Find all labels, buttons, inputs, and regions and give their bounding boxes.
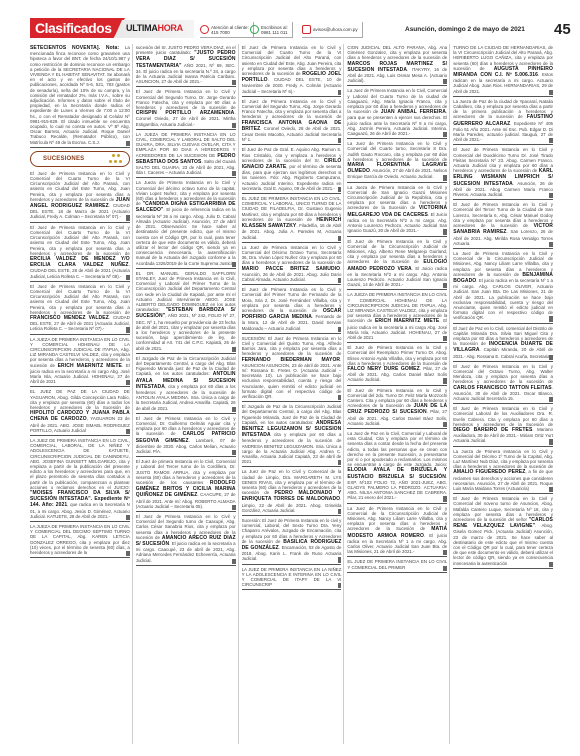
legal-notice: CION JUDICIAL DEL ALTO PARANA, Abg. Ana …: [347, 44, 447, 86]
legal-notice: La Juez de Paz en lo Civil y Comercial d…: [242, 468, 342, 516]
legal-notice: EL JUEZ DE PAZ DE LA CIUDAD DE YAGUARON,…: [30, 388, 130, 436]
publication-logo: ULTIMAHORA: [126, 23, 183, 33]
notice-text: La Jueza de Primera Instancia en lo Civi…: [453, 449, 553, 470]
notice-text: La mencionada finca reconoce como gravam…: [30, 45, 130, 145]
section-brand: Clasificados: [30, 18, 125, 38]
ad-code-tag: [549, 138, 553, 143]
column-5: TURNO DE LA CIUDAD DE HERNANDARIAS, de l…: [453, 44, 555, 744]
legal-notice: LA JUEZ DE PRIMERA INSTANCIA EN LO CIVIL…: [30, 437, 130, 522]
deceased-name: CARLOS FRANCISCO TATTON FLEITAS: [453, 385, 552, 391]
notice-text: La Juez de Paz en lo Civil, Comercial y …: [347, 431, 447, 467]
legal-notice: El Juez de Primera Instancia en lo Civil…: [136, 513, 236, 566]
legal-notice: El Juez de Primera Instancia en lo Civil…: [453, 146, 553, 200]
legal-notice: LA JUEZA DE PRIMERA INSTANCIA EN LO CIVI…: [347, 291, 447, 343]
legal-notice: La Juez de Primera Instancia en lo Civil…: [453, 250, 553, 324]
notice-text: El Juez de Primera Instancia en lo Civil…: [453, 364, 553, 385]
notice-text: LA JUEZA DE PRIMERA INSTANCIA EN LO CIVI…: [30, 524, 130, 555]
ad-code-tag: [232, 80, 236, 85]
legal-notice: La Jueza de Paz de la ciudad de Ypacaraí…: [453, 98, 553, 146]
ad-code-tag: [338, 395, 342, 400]
page-number: 45: [554, 21, 571, 38]
whatsapp-icon: [250, 25, 259, 34]
legal-notice: El Juez de Primera Instancia en lo Civil…: [136, 88, 236, 129]
legal-notice: El Juez de Primera Instancia en lo Civil…: [453, 363, 553, 404]
legal-notice: La Juez de Primera Instancia en lo Civil…: [347, 140, 447, 182]
ad-code-tag: [232, 262, 236, 267]
ad-code-tag: [232, 347, 236, 352]
ad-code-tag: [338, 557, 342, 562]
ad-code-tag: [549, 439, 553, 444]
deceased-name: FERNANDO BIEDERMAN MAYOR: [242, 357, 341, 363]
ad-code-tag: [549, 487, 553, 492]
ad-code-tag: [338, 278, 342, 283]
contact-phone[interactable]: Atención al cliente:415 7000: [200, 22, 254, 38]
legal-notice: El Juez de Primera Instancia en lo Civil…: [347, 238, 447, 291]
email-icon: [302, 25, 311, 34]
ad-code-tag: [126, 380, 130, 385]
notice-head: SETECIENTOS NOVENTA]. Nota:: [30, 45, 125, 51]
notice-text: EL JUEZ DE PRIMERA INSTANCIA EN LO CIVIL…: [347, 559, 447, 569]
legal-notice: El Juzgado de Paz de la Circunscripción …: [136, 355, 236, 414]
issue-date: Asunción, domingo 2 de mayo de 2021: [405, 26, 525, 33]
ad-code-tag: [338, 187, 342, 192]
legal-notice: El Juez de Primera Instancia en lo Civil…: [453, 405, 553, 446]
legal-notice: sucesión del Sr. JUSTO PEDRO VERA DIAZ, …: [136, 44, 236, 87]
legal-notice: El Juez de Primera Instancia en lo Civil…: [242, 44, 342, 97]
ad-code-tag: [126, 327, 130, 332]
notice-text: EL DR. MANUEL GERALDO SAFFLORN STANLEY, …: [136, 271, 236, 312]
notice-text: El Juez de Primera Instancia en lo Civil…: [136, 89, 236, 110]
legal-notice: LA JUEZA DE PRIMERA INSTANCIA EN LO CIVI…: [136, 131, 236, 179]
deceased-name: FALCO NERY DURE GOMEZ: [347, 366, 419, 372]
notice-tail: . El juicio de referencia radica en la s…: [136, 207, 236, 265]
legal-notice: El Juez de Primera Instancia en lo Civil…: [242, 286, 342, 334]
legal-notice: El Juez de Primera Instancia en lo Civil…: [30, 170, 130, 223]
deceased-name: CRISPIN PORTILLO ARZAMENDIA: [136, 110, 235, 116]
ad-code-tag: [549, 562, 553, 567]
notice-text: El Juez de Primera Instancia en lo Civil…: [30, 284, 130, 315]
ad-code-tag: [443, 79, 447, 84]
ad-code-tag: [338, 327, 342, 332]
ad-code-tag: [338, 236, 342, 241]
ad-code-tag: [126, 275, 130, 280]
column-3: El Juez de Primera Instancia en lo Civil…: [242, 44, 345, 744]
legal-notice: SETECIENTOS NOVENTA]. Nota: La mencionad…: [30, 44, 130, 148]
deceased-name: FRANCISCO MENDEZ VALDEZ: [30, 315, 109, 321]
page-header: Clasificados ULTIMAHORA Atención al clie…: [30, 16, 570, 38]
ad-code-tag: [443, 550, 447, 555]
contact-whatsapp[interactable]: Escribinos al:0981 111 011: [250, 22, 293, 38]
phone-icon: [200, 25, 209, 34]
column-1: SETECIENTOS NOVENTA]. Nota: La mencionad…: [30, 44, 133, 744]
legal-notice: El Juez de Paz en lo Civil, comercial de…: [453, 325, 553, 362]
ad-code-tag: [549, 397, 553, 402]
ad-code-tag: [126, 215, 130, 220]
ad-code-tag: [443, 336, 447, 341]
legal-notice: La Jueza de Primera Instancia en lo Civi…: [136, 179, 236, 268]
ad-code-tag: [443, 378, 447, 383]
section-label: SUCESIONES: [43, 156, 84, 162]
deceased-name: MARIO PACCE BRITEZ SAMUDIO: [242, 266, 341, 272]
ad-code-tag: [443, 283, 447, 288]
ad-code-tag: [338, 138, 342, 143]
ad-code-tag: [126, 141, 130, 146]
ad-code-tag: [443, 132, 447, 137]
ad-code-tag: [443, 566, 447, 571]
ad-code-tag: [549, 90, 553, 95]
notice-text: La Juez de Primera Instancia en lo Civil…: [347, 141, 447, 162]
ad-code-tag: [443, 496, 447, 501]
legal-notice: TURNO DE LA CIUDAD DE HERNANDARIAS, de l…: [453, 44, 553, 97]
legal-notice: La Juez de Primera Instancia en lo Civil…: [347, 505, 447, 558]
legal-notice: El Juzgado de Paz de la Circunscripción …: [242, 403, 342, 467]
legal-notice: La Juez de Primera Instancia en lo Civil…: [242, 244, 342, 285]
notice-text: SUCESIÓN: El Juez de Primera Instancia e…: [242, 336, 342, 357]
notice-text: La Juez de Primera Instancia en lo Civil…: [242, 245, 342, 266]
notice-text: LA JUEZ DE PRIMERA INSTANCIA EN LA NIÑEZ…: [242, 567, 342, 588]
notice-text: CION JUDICIAL DEL ALTO PARANA, Abg. Ana …: [347, 45, 447, 60]
deceased-name: ERICH MAERNITZ MIETE: [58, 363, 122, 369]
ad-code-tag: [443, 422, 447, 427]
deceased-name: JUAN ANIBAL FERREIRA: [381, 109, 446, 115]
ad-code-tag: [338, 509, 342, 514]
legal-notice: El Juez de Primera Instancia en lo Civil…: [347, 344, 447, 385]
deceased-name: DIEGO BAREIRO DE FRETES: [453, 427, 532, 433]
legal-notice: El Juez de Primera Instancia en lo Civil…: [242, 98, 342, 146]
section-badge-sucesiones: SUCESIONES: [30, 151, 130, 167]
notice-tail: , AÑO 2021, Nº 242, FOLIO Nº 27, SEC. Nº…: [136, 313, 236, 350]
legal-notice: LA JUEZA DE PRIMERA INSTANCIA EN LO CIVI…: [30, 336, 130, 388]
legal-notice: El Juez de Paz de Gral. E. Aquino Abg. R…: [242, 146, 342, 194]
deceased-name: ELODIA AYALA DE BRIZUELA Y EUSTACIO BRIZ…: [347, 467, 447, 479]
ad-code-tag: [232, 505, 236, 510]
legal-notice: LA JUEZ DE PRIMERA INSTANCIA EN LA NIÑEZ…: [242, 566, 342, 591]
notice-text: LA JUEZ DE PRIMERA INSTANCIA EN LO CIVIL…: [30, 438, 130, 490]
ad-code-tag: [338, 583, 342, 588]
legal-notice: El Juez de Primera Instancia en lo Civil…: [30, 283, 130, 335]
ad-code-tag: [126, 551, 130, 556]
people-icon: [109, 154, 123, 164]
ad-code-tag: [126, 515, 130, 520]
legal-notice: El Juez de Primera Instancia en lo Civil…: [30, 224, 130, 282]
notice-text: El Juez de Primera Instancia en lo Civil…: [453, 406, 553, 427]
legal-notice: El Juez de Primera Instancia en lo Civil…: [347, 387, 447, 429]
ad-code-tag: [549, 355, 553, 360]
legal-notice: La Jueza de Primera Instancia en lo Civi…: [453, 448, 553, 495]
ad-code-tag: [443, 229, 447, 234]
legal-notice: El Juez de primera Instancia en lo Civil…: [136, 458, 236, 512]
legal-notice: EL DR. MANUEL GERALDO SAFFLORN STANLEY, …: [136, 270, 236, 354]
legal-notice: La Juez de Paz en lo Civil, Comercial y …: [347, 430, 447, 504]
legal-notice: EL JUEZ DE PRIMERA INSTANCIA EN LO CIVIL…: [242, 195, 342, 243]
legal-notice: El Juez de Primera Instancia en lo Civil…: [453, 495, 553, 569]
deceased-name: AMALIO FIGUEREDO PEREZ: [453, 469, 525, 475]
notice-text: EL JUEZ DE PAZ DE LA CIUDAD DE YAGUARON,…: [30, 389, 130, 410]
contact-email[interactable]: avisos@uhora.com.py: [302, 22, 363, 38]
legal-notice: La Jueza de Primera Instancia en lo Civi…: [347, 184, 447, 237]
ad-code-tag: [232, 559, 236, 564]
legal-notice: Sucesión: El Juez de Primera Instancia e…: [242, 517, 342, 565]
legal-notice: El Juez de Primera Instancia en lo Civil…: [136, 415, 236, 457]
deceased-name: ERCILIA VALDEZ DE MENDEZ Y/O ERCILIA CLA…: [30, 256, 130, 268]
notice-tail: . ASUNCION ASUNCION, 23 de abril de 2021…: [242, 357, 342, 399]
ad-code-tag: [443, 175, 447, 180]
legal-notice: SUCESIÓN: El Juez de Primera Instancia e…: [242, 335, 342, 402]
ad-code-tag: [126, 429, 130, 434]
ad-code-tag: [232, 450, 236, 455]
ad-code-tag: [549, 193, 553, 198]
notice-tail: . El juicio radica en la secretaría Nº 1…: [453, 278, 553, 320]
classifieds-columns: SETECIENTOS NOVENTA]. Nota: La mencionad…: [30, 44, 555, 744]
notice-text: El Juez de Primera Instancia en lo Civil…: [30, 225, 130, 256]
ad-code-tag: [232, 123, 236, 128]
legal-notice: EL JUEZ DE PRIMERA INSTANCIA EN LO CIVIL…: [347, 558, 447, 572]
ad-code-tag: [338, 460, 342, 465]
ad-code-tag: [549, 316, 553, 321]
ad-code-tag: [338, 90, 342, 95]
deceased-name: ERICH MAERNITZ MIETE: [375, 318, 439, 324]
notice-text: El Juez de Primera Instancia en lo Civil…: [242, 99, 342, 120]
legal-notice: El Juez de Primera Instancia en lo Civil…: [453, 201, 553, 249]
notice-tail: . Abog. Gisela Gomez Pick. (Actuaria Jud…: [453, 523, 553, 565]
legal-notice: LA JUEZA DE PRIMERA INSTANCIA EN LO CIVI…: [30, 523, 130, 558]
ad-code-tag: [549, 242, 553, 247]
column-4: CION JUDICIAL DEL ALTO PARANA, Abg. Ana …: [347, 44, 450, 744]
legal-notice: La Juez de Primera Instancia en lo Civil…: [347, 87, 447, 139]
notice-text: El Juez de Primera Instancia en lo Civil…: [347, 345, 447, 366]
column-2: sucesión del Sr. JUSTO PEDRO VERA DIAZ, …: [136, 44, 239, 744]
ad-code-tag: [232, 171, 236, 176]
ad-code-tag: [232, 407, 236, 412]
